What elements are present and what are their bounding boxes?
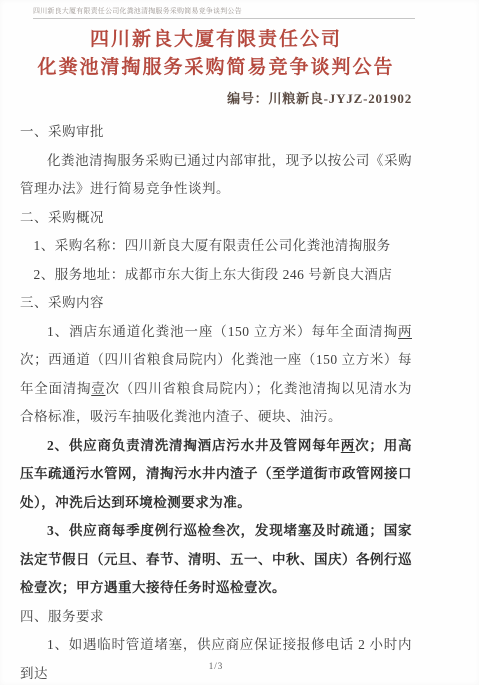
section-heading-service-requirements: 四、服务要求 xyxy=(20,603,412,632)
header-rule-divider xyxy=(33,18,415,19)
paragraph-text: 3、供应商每季度例行巡检叁次，发现堵塞及时疏通；国家法定节假日（元旦、春节、清明… xyxy=(20,523,412,595)
underlined-term: 壹 xyxy=(91,381,105,396)
document-number: 编号：川粮新良-JYJZ-201902 xyxy=(20,88,412,107)
list-item-procurement-name: 1、采购名称：四川新良大厦有限责任公司化粪池清掏服务 xyxy=(20,232,412,261)
paragraph: 化粪池清掏服务采购已通过内部审批，现予以按公司《采购管理办法》进行简易竞争性谈判… xyxy=(20,147,412,204)
document-body: 一、采购审批 化粪池清掏服务采购已通过内部审批，现予以按公司《采购管理办法》进行… xyxy=(20,118,412,685)
document-page: 四川新良大厦有限责任公司化粪池清掏服务采购简易竞争谈判公告 四川新良大厦有限责任… xyxy=(0,0,479,685)
paragraph-text: 2、供应商负责清洗清掏酒店污水井及管网每年 xyxy=(47,438,341,453)
paragraph-emergency-response: 1、如遇临时管道堵塞，供应商应保证接报修电话 2 小时内到达 xyxy=(20,631,412,685)
paragraph-sewage-well-cleaning: 2、供应商负责清洗清掏酒店污水井及管网每年两次；用高压车疏通污水管网，清掏污水井… xyxy=(20,432,412,518)
section-heading-procurement-overview: 二、采购概况 xyxy=(20,204,412,233)
section-heading-procurement-approval: 一、采购审批 xyxy=(20,118,412,147)
paragraph-text: 1、如遇临时管道堵塞，供应商应保证接报修电话 2 小时内到达 xyxy=(20,637,412,681)
document-title-line-2: 化粪池清掏服务采购简易竞争谈判公告 xyxy=(20,54,412,82)
document-title: 四川新良大厦有限责任公司 化粪池清掏服务采购简易竞争谈判公告 xyxy=(20,26,412,82)
paragraph-text: 化粪池清掏服务采购已通过内部审批，现予以按公司《采购管理办法》进行简易竞争性谈判… xyxy=(20,153,412,197)
underlined-term: 两 xyxy=(398,324,412,339)
paragraph-quarterly-inspection: 3、供应商每季度例行巡检叁次，发现堵塞及时疏通；国家法定节假日（元旦、春节、清明… xyxy=(20,517,412,603)
page-number: 1/3 xyxy=(20,661,412,671)
section-heading-procurement-content: 三、采购内容 xyxy=(20,289,412,318)
paragraph-septic-tank-cleaning: 1、酒店东通道化粪池一座（150 立方米）每年全面清掏两次；西通道（四川省粮食局… xyxy=(20,318,412,432)
underlined-term: 两 xyxy=(341,438,355,453)
running-header: 四川新良大厦有限责任公司化粪池清掏服务采购简易竞争谈判公告 xyxy=(33,6,242,16)
paragraph-text: 1、酒店东通道化粪池一座（150 立方米）每年全面清掏 xyxy=(47,324,398,339)
list-item-service-address: 2、服务地址：成都市东大街上东大街段 246 号新良大酒店 xyxy=(20,261,412,290)
document-title-line-1: 四川新良大厦有限责任公司 xyxy=(20,26,412,54)
